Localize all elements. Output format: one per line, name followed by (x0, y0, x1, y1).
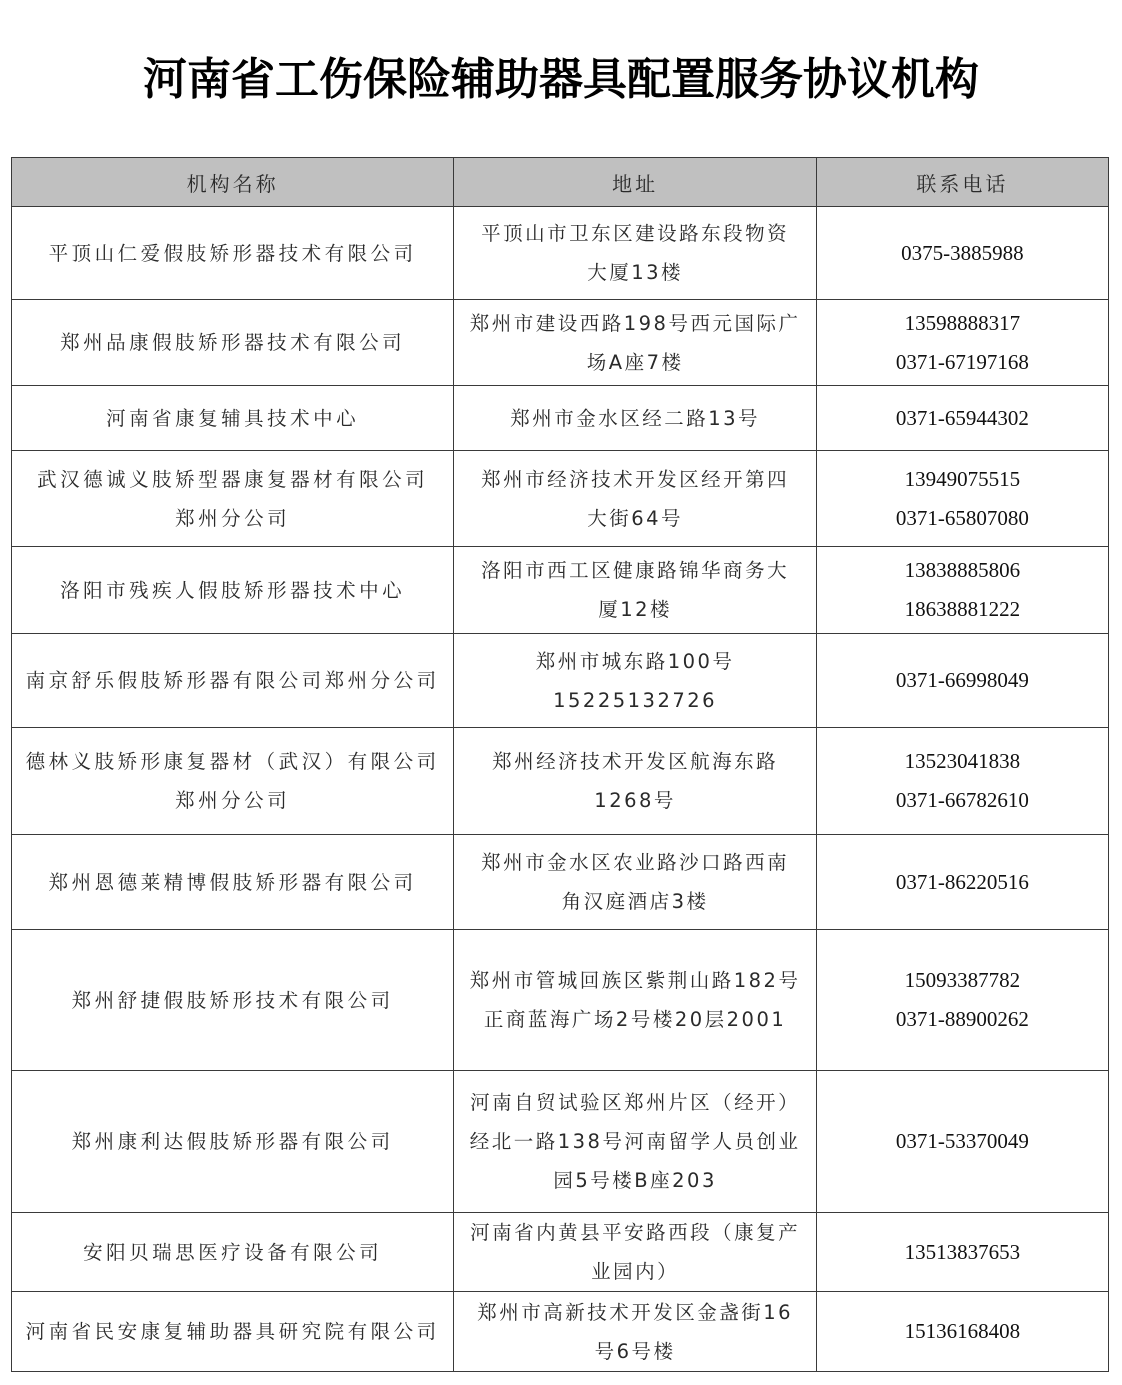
institution-phone-line: 0371-86220516 (825, 863, 1100, 902)
institution-phone-line: 15136168408 (825, 1312, 1100, 1351)
table-row: 洛阳市残疾人假肢矫形器技术中心洛阳市西工区健康路锦华商务大厦12楼1383888… (12, 547, 1109, 634)
institution-phone-line: 0371-66998049 (825, 661, 1100, 700)
table-row: 德林义肢矫形康复器材（武汉）有限公司郑州分公司郑州经济技术开发区航海东路1268… (12, 728, 1109, 835)
header-name: 机构名称 (12, 158, 454, 207)
institution-address: 郑州市高新技术开发区金盏街16号6号楼 (454, 1292, 817, 1372)
institution-address-line: 郑州市金水区经二路13号 (462, 399, 808, 438)
institution-address: 郑州经济技术开发区航海东路1268号 (454, 728, 817, 835)
table-row: 武汉德诚义肢矫型器康复器材有限公司郑州分公司郑州市经济技术开发区经开第四大街64… (12, 451, 1109, 547)
institution-address: 洛阳市西工区健康路锦华商务大厦12楼 (454, 547, 817, 634)
institution-phone-line: 13513837653 (825, 1233, 1100, 1272)
table-row: 平顶山仁爱假肢矫形器技术有限公司平顶山市卫东区建设路东段物资大厦13楼0375-… (12, 207, 1109, 300)
institution-address: 郑州市经济技术开发区经开第四大街64号 (454, 451, 817, 547)
institution-name: 河南省康复辅具技术中心 (12, 386, 454, 451)
table-row: 郑州康利达假肢矫形器有限公司河南自贸试验区郑州片区（经开）经北一路138号河南留… (12, 1071, 1109, 1213)
table-row: 河南省康复辅具技术中心郑州市金水区经二路13号0371-65944302 (12, 386, 1109, 451)
institution-address: 郑州市城东路100号15225132726 (454, 634, 817, 728)
header-phone: 联系电话 (816, 158, 1108, 207)
institution-address-line: 厦12楼 (462, 590, 808, 629)
institution-name: 南京舒乐假肢矫形器有限公司郑州分公司 (12, 634, 454, 728)
institution-phone: 0371-53370049 (816, 1071, 1108, 1213)
institution-name-line: 郑州康利达假肢矫形器有限公司 (20, 1122, 445, 1161)
institution-phone: 0371-65944302 (816, 386, 1108, 451)
institution-phone: 15136168408 (816, 1292, 1108, 1372)
institution-phone-line: 13598888317 (825, 304, 1100, 343)
institution-phone-line: 13838885806 (825, 551, 1100, 590)
institution-name-line: 洛阳市残疾人假肢矫形器技术中心 (20, 571, 445, 610)
institution-phone-line: 15093387782 (825, 961, 1100, 1000)
page-title: 河南省工伤保险辅助器具配置服务协议机构 (0, 52, 1122, 108)
institution-name-line: 郑州分公司 (20, 499, 445, 538)
institution-address-line: 1268号 (462, 781, 808, 820)
institution-name-line: 郑州分公司 (20, 781, 445, 820)
institution-phone-line: 0371-67197168 (825, 343, 1100, 382)
institution-name-line: 武汉德诚义肢矫型器康复器材有限公司 (20, 460, 445, 499)
institution-phone: 139490755150371-65807080 (816, 451, 1108, 547)
institution-address-line: 河南省内黄县平安路西段（康复产 (462, 1213, 808, 1252)
institution-address-line: 正商蓝海广场2号楼20层2001 (462, 1000, 808, 1039)
institution-name-line: 南京舒乐假肢矫形器有限公司郑州分公司 (20, 661, 445, 700)
institution-phone-line: 13523041838 (825, 742, 1100, 781)
institution-address: 河南自贸试验区郑州片区（经开）经北一路138号河南留学人员创业园5号楼B座203 (454, 1071, 817, 1213)
institutions-table: 机构名称 地址 联系电话 平顶山仁爱假肢矫形器技术有限公司平顶山市卫东区建设路东… (11, 157, 1109, 1372)
institution-name: 郑州恩德莱精博假肢矫形器有限公司 (12, 835, 454, 930)
institution-phone: 13513837653 (816, 1213, 1108, 1292)
institution-address-line: 号6号楼 (462, 1332, 808, 1371)
institution-name: 郑州舒捷假肢矫形技术有限公司 (12, 930, 454, 1071)
institution-name: 平顶山仁爱假肢矫形器技术有限公司 (12, 207, 454, 300)
institution-address: 郑州市金水区经二路13号 (454, 386, 817, 451)
institution-address-line: 郑州市城东路100号15225132726 (462, 642, 808, 720)
institution-phone-line: 0371-65944302 (825, 399, 1100, 438)
table-row: 郑州舒捷假肢矫形技术有限公司郑州市管城回族区紫荆山路182号正商蓝海广场2号楼2… (12, 930, 1109, 1071)
institution-phone: 135988883170371-67197168 (816, 300, 1108, 386)
institution-phone: 135230418380371-66782610 (816, 728, 1108, 835)
institution-name: 洛阳市残疾人假肢矫形器技术中心 (12, 547, 454, 634)
institution-phone-line: 0371-88900262 (825, 1000, 1100, 1039)
table-row: 河南省民安康复辅助器具研究院有限公司郑州市高新技术开发区金盏街16号6号楼151… (12, 1292, 1109, 1372)
institution-address-line: 郑州经济技术开发区航海东路 (462, 742, 808, 781)
institution-address: 郑州市建设西路198号西元国际广场A座7楼 (454, 300, 817, 386)
institution-address: 河南省内黄县平安路西段（康复产业园内） (454, 1213, 817, 1292)
institution-phone: 1383888580618638881222 (816, 547, 1108, 634)
institution-name-line: 德林义肢矫形康复器材（武汉）有限公司 (20, 742, 445, 781)
institution-address-line: 大厦13楼 (462, 253, 808, 292)
institution-address-line: 郑州市经济技术开发区经开第四 (462, 460, 808, 499)
institution-address-line: 经北一路138号河南留学人员创业 (462, 1122, 808, 1161)
institution-phone: 0371-86220516 (816, 835, 1108, 930)
institution-name-line: 安阳贝瑞思医疗设备有限公司 (20, 1233, 445, 1272)
institution-phone: 0375-3885988 (816, 207, 1108, 300)
institution-name-line: 郑州品康假肢矫形器技术有限公司 (20, 323, 445, 362)
institution-name: 德林义肢矫形康复器材（武汉）有限公司郑州分公司 (12, 728, 454, 835)
institution-phone: 150933877820371-88900262 (816, 930, 1108, 1071)
institution-name-line: 郑州恩德莱精博假肢矫形器有限公司 (20, 863, 445, 902)
table-row: 南京舒乐假肢矫形器有限公司郑州分公司郑州市城东路100号152251327260… (12, 634, 1109, 728)
institution-name: 郑州品康假肢矫形器技术有限公司 (12, 300, 454, 386)
institution-name-line: 平顶山仁爱假肢矫形器技术有限公司 (20, 234, 445, 273)
institution-address-line: 角汉庭酒店3楼 (462, 882, 808, 921)
institution-phone-line: 0371-65807080 (825, 499, 1100, 538)
institution-phone-line: 18638881222 (825, 590, 1100, 629)
institution-address: 郑州市管城回族区紫荆山路182号正商蓝海广场2号楼20层2001 (454, 930, 817, 1071)
institution-address-line: 业园内） (462, 1252, 808, 1291)
table-header-row: 机构名称 地址 联系电话 (12, 158, 1109, 207)
header-address: 地址 (454, 158, 817, 207)
table-row: 郑州品康假肢矫形器技术有限公司郑州市建设西路198号西元国际广场A座7楼1359… (12, 300, 1109, 386)
institution-address-line: 郑州市管城回族区紫荆山路182号 (462, 961, 808, 1000)
institution-name-line: 郑州舒捷假肢矫形技术有限公司 (20, 981, 445, 1020)
table-row: 安阳贝瑞思医疗设备有限公司河南省内黄县平安路西段（康复产业园内）13513837… (12, 1213, 1109, 1292)
institution-address-line: 郑州市建设西路198号西元国际广 (462, 304, 808, 343)
institution-address-line: 大街64号 (462, 499, 808, 538)
institution-address-line: 园5号楼B座203 (462, 1161, 808, 1200)
institution-address-line: 郑州市高新技术开发区金盏街16 (462, 1293, 808, 1332)
institution-address-line: 场A座7楼 (462, 343, 808, 382)
institution-phone: 0371-66998049 (816, 634, 1108, 728)
institution-name: 郑州康利达假肢矫形器有限公司 (12, 1071, 454, 1213)
institution-address-line: 洛阳市西工区健康路锦华商务大 (462, 551, 808, 590)
institution-address: 平顶山市卫东区建设路东段物资大厦13楼 (454, 207, 817, 300)
institution-address-line: 郑州市金水区农业路沙口路西南 (462, 843, 808, 882)
institution-name: 武汉德诚义肢矫型器康复器材有限公司郑州分公司 (12, 451, 454, 547)
institution-name: 河南省民安康复辅助器具研究院有限公司 (12, 1292, 454, 1372)
institution-address-line: 平顶山市卫东区建设路东段物资 (462, 214, 808, 253)
institution-phone-line: 0375-3885988 (825, 234, 1100, 273)
institution-phone-line: 0371-66782610 (825, 781, 1100, 820)
institution-phone-line: 0371-53370049 (825, 1122, 1100, 1161)
institution-address-line: 河南自贸试验区郑州片区（经开） (462, 1083, 808, 1122)
institution-phone-line: 13949075515 (825, 460, 1100, 499)
institution-name: 安阳贝瑞思医疗设备有限公司 (12, 1213, 454, 1292)
institution-name-line: 河南省民安康复辅助器具研究院有限公司 (20, 1312, 445, 1351)
institution-address: 郑州市金水区农业路沙口路西南角汉庭酒店3楼 (454, 835, 817, 930)
institution-name-line: 河南省康复辅具技术中心 (20, 399, 445, 438)
table-row: 郑州恩德莱精博假肢矫形器有限公司郑州市金水区农业路沙口路西南角汉庭酒店3楼037… (12, 835, 1109, 930)
